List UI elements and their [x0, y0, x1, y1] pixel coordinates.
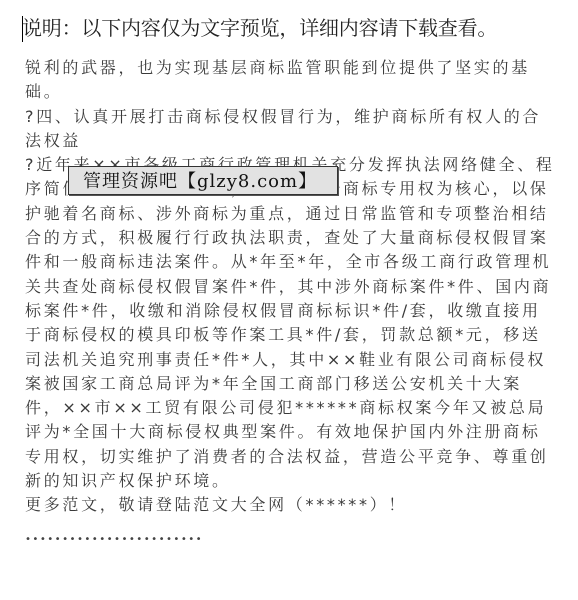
watermark-banner: 管理资源吧【glzy8.com】 [68, 166, 338, 195]
dotted-separator: •••••••••••••••••••••••• [25, 534, 203, 545]
paragraph: ?四、认真开展打击商标侵权假冒行为，维护商标所有权人的合法权益 [25, 105, 555, 154]
more-link-text: 更多范文，敬请登陆范文大全网（******）！ [25, 493, 555, 517]
paragraph: ?近年来××市各级工商行政管理机关充分发挥执法网络健全、程序简便、快捷高效的优势… [25, 153, 555, 493]
preview-notice: 说明：以下内容仅为文字预览，详细内容请下载查看。 [22, 14, 497, 42]
document-body: 锐利的武器，也为实现基层商标监管职能到位提供了坚实的基础。 ?四、认真开展打击商… [25, 56, 555, 518]
paragraph: 锐利的武器，也为实现基层商标监管职能到位提供了坚实的基础。 [25, 56, 555, 105]
